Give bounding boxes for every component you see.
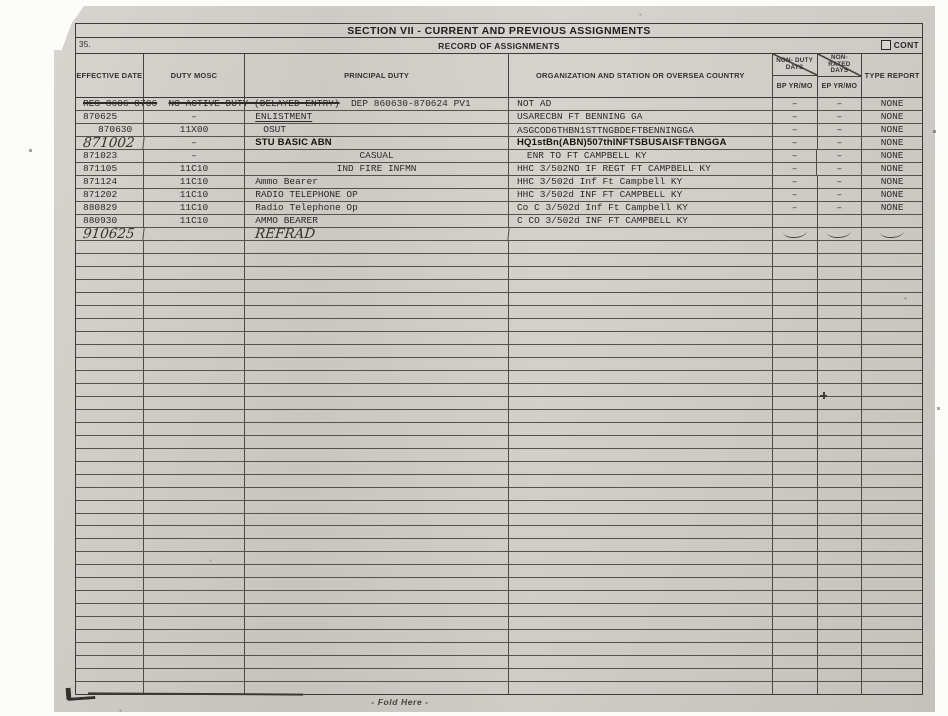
cell-type-report (862, 371, 922, 383)
cell-organization: HHC 3/502d Inf Ft Campbell KY (509, 176, 773, 188)
cell-type-report (862, 436, 922, 448)
cell-type-report (862, 539, 922, 551)
cell-ep-yrmo (818, 488, 863, 500)
cell-bp-yrmo (773, 449, 818, 461)
cell-effective-date (76, 423, 144, 435)
table-row-empty (76, 306, 922, 319)
cell-ep-yrmo: – (818, 124, 863, 136)
cell-principal-duty (245, 280, 509, 292)
table-row-empty (76, 267, 922, 280)
cell-bp-yrmo (773, 241, 818, 253)
cell-duty-mosc (144, 539, 246, 551)
cell-type-report (862, 267, 922, 279)
cell-duty-mosc (144, 604, 246, 616)
cell-ep-yrmo (818, 475, 863, 487)
table-row-empty (76, 475, 922, 488)
header-non-duty-days-label: NON- DUTY DAYS (773, 54, 817, 76)
cell-ep-yrmo: – (818, 98, 863, 110)
cell-ep-yrmo (818, 358, 863, 370)
cell-ep-yrmo (818, 319, 863, 331)
table-row-empty (76, 436, 922, 449)
cell-principal-duty (245, 423, 509, 435)
cell-effective-date (76, 306, 144, 318)
cell-ep-yrmo (818, 215, 863, 227)
header-bp-yrmo: BP YR/MO (773, 76, 817, 97)
cell-bp-yrmo (773, 280, 818, 292)
cell-duty-mosc: 11C10 (144, 163, 246, 175)
cell-principal-duty: Ammo Bearer (245, 176, 509, 188)
cell-duty-mosc (144, 514, 246, 526)
cell-duty-mosc (144, 617, 246, 629)
cell-type-report (862, 669, 922, 681)
cell-principal-duty: AMMO BEARER (245, 215, 509, 227)
cell-bp-yrmo (773, 345, 818, 357)
cell-effective-date: 871202 (76, 189, 144, 201)
table-row-empty (76, 669, 922, 682)
cell-bp-yrmo (773, 384, 818, 396)
table-row: RES 8606-8706 NO ACTIVE DUTY (DELAYED EN… (76, 98, 922, 111)
cell-duty-mosc (144, 643, 246, 655)
cell-bp-yrmo: – (773, 137, 818, 149)
section-title-bar: SECTION VII - CURRENT AND PREVIOUS ASSIG… (76, 24, 922, 38)
cell-organization (509, 682, 773, 694)
cell-ep-yrmo (818, 267, 863, 279)
cell-effective-date (76, 410, 144, 422)
table-row-empty (76, 423, 922, 436)
cell-organization (509, 475, 773, 487)
cell-duty-mosc: 11X00 (144, 124, 246, 136)
cell-organization (509, 397, 773, 409)
cell-organization (509, 293, 773, 305)
cell-organization (509, 410, 773, 422)
cell-effective-date: 870625 (76, 111, 144, 123)
cell-duty-mosc (144, 565, 246, 577)
cell-ep-yrmo (818, 565, 863, 577)
cell-type-report (862, 306, 922, 318)
cell-ep-yrmo (818, 449, 863, 461)
cell-type-report (862, 423, 922, 435)
table-row-empty (76, 371, 922, 384)
cell-principal-duty (245, 565, 509, 577)
cell-bp-yrmo (773, 475, 818, 487)
cell-bp-yrmo: – (773, 163, 818, 175)
cell-duty-mosc (144, 293, 246, 305)
cell-type-report: NONE (862, 124, 922, 136)
cell-type-report (862, 462, 922, 474)
table-row-empty (76, 462, 922, 475)
cell-effective-date (76, 501, 144, 513)
cell-effective-date (76, 604, 144, 616)
cell-organization (509, 565, 773, 577)
cell-principal-duty (245, 293, 509, 305)
table-row-empty (76, 514, 922, 527)
cell-effective-date (76, 526, 144, 538)
cell-principal-duty (245, 669, 509, 681)
cell-type-report: NONE (862, 176, 922, 188)
cell-bp-yrmo: – (773, 124, 818, 136)
cell-organization (509, 241, 773, 253)
cell-organization (509, 669, 773, 681)
cell-principal-duty: OSUT (245, 124, 509, 136)
cell-ep-yrmo (818, 539, 863, 551)
cell-ep-yrmo (818, 591, 863, 603)
cell-principal-duty: CASUAL (245, 150, 509, 162)
cell-bp-yrmo (773, 539, 818, 551)
table-row-empty (76, 319, 922, 332)
cell-type-report (862, 617, 922, 629)
cell-duty-mosc (144, 436, 246, 448)
table-row-empty (76, 410, 922, 423)
cell-effective-date (76, 591, 144, 603)
cell-effective-date (76, 293, 144, 305)
cell-duty-mosc: 11C10 (144, 189, 246, 201)
cell-ep-yrmo: – (817, 163, 862, 175)
cell-bp-yrmo (773, 682, 818, 694)
cell-duty-mosc (144, 591, 246, 603)
cell-effective-date: 870630 (76, 124, 144, 136)
cell-duty-mosc: 11C10 (144, 202, 246, 214)
table-row-empty (76, 591, 922, 604)
cell-principal-duty (245, 241, 509, 253)
cell-type-report: NONE (862, 189, 922, 201)
cell-principal-duty (245, 397, 509, 409)
record-title: RECORD OF ASSIGNMENTS (438, 41, 560, 51)
table-row: 87112411C10Ammo BearerHHC 3/502d Inf Ft … (76, 176, 922, 189)
cell-effective-date: 880829 (76, 202, 144, 214)
cell-ep-yrmo (818, 345, 863, 357)
cell-principal-duty (245, 617, 509, 629)
cell-type-report (862, 384, 922, 396)
cell-organization (509, 617, 773, 629)
cell-type-report (862, 410, 922, 422)
assignments-form: SECTION VII - CURRENT AND PREVIOUS ASSIG… (75, 23, 923, 695)
cell-effective-date (76, 539, 144, 551)
cell-principal-duty (245, 539, 509, 551)
table-row-empty (76, 578, 922, 591)
cell-principal-duty: ENLISTMENT (245, 111, 509, 123)
table-row-empty (76, 656, 922, 669)
cell-duty-mosc (144, 397, 246, 409)
cell-organization (509, 578, 773, 590)
cell-type-report (862, 501, 922, 513)
table-row: 87110511C10IND FIRE INFMNHHC 3/502ND IF … (76, 163, 922, 176)
cell-principal-duty (245, 410, 509, 422)
cell-bp-yrmo (773, 488, 818, 500)
cell-effective-date (76, 656, 144, 668)
cell-duty-mosc (144, 319, 246, 331)
cell-bp-yrmo (773, 423, 818, 435)
cell-organization: ASGCOD6THBN1STTNGBDEFTBENNINGGA (509, 124, 773, 136)
cell-ep-yrmo (818, 332, 863, 344)
cell-organization: NOT AD (509, 98, 773, 110)
cell-bp-yrmo (773, 591, 818, 603)
cell-effective-date (76, 475, 144, 487)
cell-ep-yrmo (818, 552, 863, 564)
table-row-empty (76, 449, 922, 462)
cell-duty-mosc (144, 241, 246, 253)
cell-organization: Co C 3/502d Inf Ft Campbell KY (509, 202, 773, 214)
cell-effective-date: 880930 (76, 215, 144, 227)
cell-organization: HHC 3/502d INF FT CAMPBELL KY (509, 189, 773, 201)
cell-duty-mosc: – (144, 150, 246, 162)
cell-bp-yrmo: – (773, 202, 818, 214)
cell-bp-yrmo (773, 306, 818, 318)
cell-type-report (862, 254, 922, 266)
cell-bp-yrmo: – (773, 189, 818, 201)
table-row: 88093011C10AMMO BEARERC CO 3/502d INF FT… (76, 215, 922, 228)
table-row-empty (76, 332, 922, 345)
cell-principal-duty (245, 501, 509, 513)
cell-type-report (862, 475, 922, 487)
cell-organization: HHC 3/502ND IF REGT FT CAMPBELL KY (509, 163, 773, 175)
cell-principal-duty (245, 449, 509, 461)
cell-type-report (862, 565, 922, 577)
cell-effective-date (76, 552, 144, 564)
table-row-empty (76, 293, 922, 306)
cell-bp-yrmo: – (773, 176, 818, 188)
cell-principal-duty (245, 488, 509, 500)
cell-type-report: NONE (862, 111, 922, 123)
cell-bp-yrmo (773, 319, 818, 331)
cell-bp-yrmo (773, 332, 818, 344)
cell-effective-date: 871105 (76, 163, 144, 175)
cell-duty-mosc (144, 306, 246, 318)
cell-bp-yrmo (773, 656, 818, 668)
cell-ep-yrmo (818, 656, 863, 668)
cell-ep-yrmo (818, 371, 863, 383)
cell-type-report: NONE (862, 202, 922, 214)
table-row-empty (76, 617, 922, 630)
cell-bp-yrmo (773, 254, 818, 266)
cell-duty-mosc (144, 228, 246, 240)
cell-duty-mosc: – (144, 111, 246, 123)
cell-bp-yrmo (773, 526, 818, 538)
cell-type-report (862, 682, 922, 694)
cell-principal-duty (245, 643, 509, 655)
cell-bp-yrmo (773, 514, 818, 526)
header-organization: ORGANIZATION AND STATION OR OVERSEA COUN… (509, 54, 773, 97)
cell-effective-date: 871124 (76, 176, 144, 188)
table-row: 871023–CASUALENR TO FT CAMPBELL KY––NONE (76, 150, 922, 163)
cell-type-report (862, 526, 922, 538)
cont-checkbox (881, 40, 891, 50)
cell-duty-mosc (144, 280, 246, 292)
cell-effective-date: 871002 (75, 137, 144, 149)
cell-bp-yrmo (773, 630, 818, 642)
cell-effective-date (76, 514, 144, 526)
table-row-empty (76, 565, 922, 578)
cell-ep-yrmo: – (818, 176, 863, 188)
header-ep-yrmo: EP YR/MO (818, 77, 862, 97)
cell-type-report: NONE (862, 98, 922, 110)
cell-duty-mosc (144, 254, 246, 266)
cell-bp-yrmo (773, 215, 818, 227)
cell-organization (509, 539, 773, 551)
cell-organization (509, 371, 773, 383)
table-row-empty (76, 488, 922, 501)
cell-duty-mosc: 11C10 (144, 215, 246, 227)
cell-effective-date: 910625 (75, 228, 144, 240)
cell-effective-date (76, 617, 144, 629)
cell-type-report (862, 552, 922, 564)
cell-duty-mosc (144, 384, 246, 396)
cell-bp-yrmo (773, 462, 818, 474)
table-body: RES 8606-8706 NO ACTIVE DUTY (DELAYED EN… (76, 98, 922, 694)
header-duty-mosc: DUTY MOSC (144, 54, 246, 97)
cell-effective-date (76, 578, 144, 590)
cell-type-report (862, 514, 922, 526)
cell-duty-mosc (144, 423, 246, 435)
cell-organization (509, 280, 773, 292)
cell-type-report (862, 358, 922, 370)
cell-organization: HQ1stBn(ABN)507thINFTSBUSAISFTBNGGA (509, 137, 773, 149)
cell-organization (509, 267, 773, 279)
cell-type-report (862, 228, 922, 240)
table-row: 871002–STU BASIC ABNHQ1stBn(ABN)507thINF… (76, 137, 922, 150)
cell-type-report: NONE (862, 137, 922, 149)
cell-organization (509, 514, 773, 526)
cell-type-report (862, 591, 922, 603)
cell-effective-date (76, 280, 144, 292)
cell-effective-date (76, 384, 144, 396)
cell-duty-mosc (144, 332, 246, 344)
cell-type-report (862, 488, 922, 500)
column-header-row: EFFECTIVE DATE DUTY MOSC PRINCIPAL DUTY … (76, 54, 922, 98)
cell-principal-duty (245, 319, 509, 331)
cell-principal-duty (245, 345, 509, 357)
cell-ep-yrmo (818, 436, 863, 448)
cell-organization (509, 319, 773, 331)
cell-organization (509, 643, 773, 655)
header-principal-duty: PRINCIPAL DUTY (245, 54, 509, 97)
cell-organization (509, 436, 773, 448)
cont-label: CONT (894, 40, 919, 50)
table-row-empty (76, 539, 922, 552)
cell-principal-duty (245, 526, 509, 538)
cell-type-report (862, 397, 922, 409)
cell-effective-date (76, 630, 144, 642)
header-non-rated-days: NON- RATED DAYS EP YR/MO (818, 54, 863, 97)
cell-type-report: NONE (862, 150, 922, 162)
cell-duty-mosc (144, 358, 246, 370)
cell-principal-duty (245, 552, 509, 564)
cell-principal-duty: REFRAD (245, 228, 510, 240)
cell-ep-yrmo (818, 462, 863, 474)
table-row-empty (76, 345, 922, 358)
cell-organization (509, 254, 773, 266)
cell-ep-yrmo: – (818, 202, 863, 214)
cell-principal-duty: STU BASIC ABN (245, 137, 509, 149)
cell-ep-yrmo: – (818, 137, 863, 149)
table-row: 870625–ENLISTMENTUSARECBN FT BENNING GA–… (76, 111, 922, 124)
table-row-empty (76, 501, 922, 514)
cell-ep-yrmo (818, 293, 863, 305)
cell-duty-mosc (144, 267, 246, 279)
cell-duty-mosc (144, 656, 246, 668)
cell-effective-date (76, 669, 144, 681)
cell-ep-yrmo (818, 423, 863, 435)
cell-organization (509, 462, 773, 474)
cell-ep-yrmo: – (817, 150, 862, 162)
cell-effective-date (76, 371, 144, 383)
cell-duty-mosc (144, 475, 246, 487)
cell-effective-date (76, 643, 144, 655)
cell-principal-duty (245, 254, 509, 266)
table-row-empty (76, 604, 922, 617)
cell-organization (509, 358, 773, 370)
cell-bp-yrmo (773, 228, 818, 240)
cell-organization (509, 332, 773, 344)
table-row: 87120211C10RADIO TELEPHONE OPHHC 3/502d … (76, 189, 922, 202)
cell-principal-duty: Radio Telephone Op (245, 202, 509, 214)
cell-ep-yrmo (818, 578, 863, 590)
cell-type-report (862, 241, 922, 253)
header-non-duty-days: NON- DUTY DAYS BP YR/MO (773, 54, 818, 97)
cell-bp-yrmo (773, 565, 818, 577)
cell-principal-duty (245, 578, 509, 590)
record-of-assignments-bar: 35. RECORD OF ASSIGNMENTS CONT (76, 38, 922, 54)
cell-bp-yrmo: – (773, 98, 818, 110)
cell-bp-yrmo (773, 578, 818, 590)
cell-ep-yrmo (818, 514, 863, 526)
cell-effective-date (76, 319, 144, 331)
cell-duty-mosc (144, 410, 246, 422)
cell-bp-yrmo (773, 293, 818, 305)
cell-type-report (862, 630, 922, 642)
cell-effective-date (76, 449, 144, 461)
cell-ep-yrmo (818, 501, 863, 513)
cell-bp-yrmo (773, 358, 818, 370)
cell-principal-duty (245, 306, 509, 318)
table-row-empty (76, 526, 922, 539)
cell-effective-date (76, 267, 144, 279)
table-row-empty (76, 643, 922, 656)
cell-bp-yrmo: – (773, 111, 818, 123)
table-row-empty (76, 358, 922, 371)
cell-bp-yrmo (773, 371, 818, 383)
cell-duty-mosc: – (144, 137, 246, 149)
cell-duty-mosc (144, 462, 246, 474)
cell-organization (509, 526, 773, 538)
cell-organization: C CO 3/502d INF FT CAMPBELL KY (509, 215, 773, 227)
table-row-empty (76, 397, 922, 410)
cell-ep-yrmo (818, 630, 863, 642)
cell-organization (509, 488, 773, 500)
cell-bp-yrmo (773, 617, 818, 629)
cell-duty-mosc (144, 669, 246, 681)
cell-effective-date (76, 332, 144, 344)
cell-principal-duty (245, 436, 509, 448)
cell-type-report (862, 643, 922, 655)
cell-organization (509, 656, 773, 668)
cell-organization (509, 449, 773, 461)
cell-organization (509, 552, 773, 564)
cell-effective-date (76, 241, 144, 253)
table-row: 910625REFRAD (76, 228, 922, 241)
cell-ep-yrmo: – (818, 189, 863, 201)
cell-bp-yrmo (773, 397, 818, 409)
table-row-empty (76, 552, 922, 565)
cell-duty-mosc: 11C10 (144, 176, 246, 188)
cell-ep-yrmo (818, 241, 863, 253)
cell-ep-yrmo (818, 682, 863, 694)
cell-ep-yrmo (818, 306, 863, 318)
fold-here-label: - Fold Here - (320, 697, 480, 707)
cell-principal-duty (245, 475, 509, 487)
cell-duty-mosc (144, 345, 246, 357)
cell-duty-mosc (144, 630, 246, 642)
cell-ep-yrmo (818, 228, 863, 240)
